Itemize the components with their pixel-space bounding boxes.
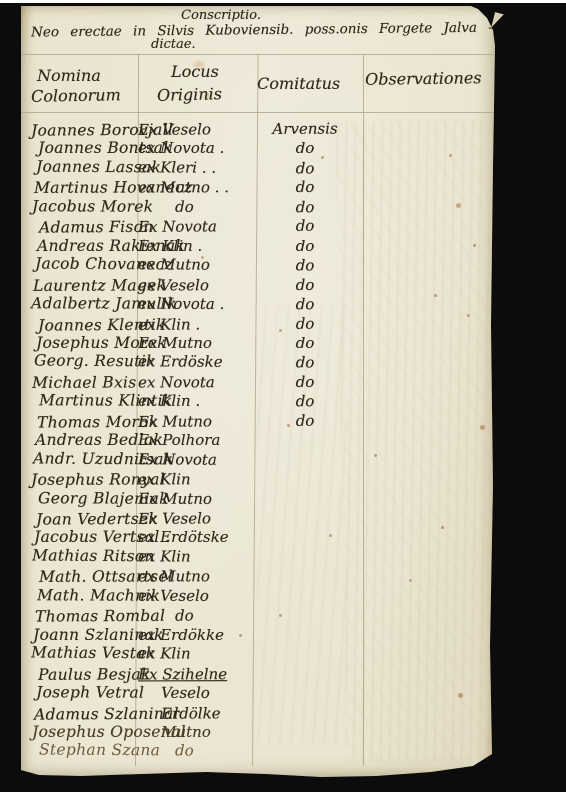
comitatus-value: do	[259, 178, 351, 196]
comitatus-value	[259, 508, 351, 509]
comitatus-value: do	[259, 411, 351, 430]
scan-bed: Conscriptio. Neo erectae in Silvis Kubov…	[0, 3, 566, 792]
comitatus-value: do	[259, 392, 351, 410]
paper-corner-flap	[491, 12, 504, 30]
origin-place: ex Klin .	[138, 315, 200, 333]
colonist-name: Jacobus Morek	[32, 197, 153, 215]
comitatus-value	[259, 606, 351, 607]
table-row: Andreas BedlakEx Polhora	[21, 431, 495, 451]
origin-place: Erdölke	[161, 704, 221, 722]
origin-place: ex Mutno	[138, 255, 210, 274]
table-row: Martinus Hovaneczex Mutno . .do	[21, 178, 495, 200]
table-row: Adamus FisonEx Novotado	[21, 216, 495, 239]
comitatus-value: do	[259, 237, 351, 255]
comitatus-value: do	[259, 314, 351, 333]
origin-place: ex Kleri . .	[138, 158, 216, 177]
table-row: Stephan Szanado	[21, 741, 495, 764]
origin-place: ex Novota	[138, 373, 215, 391]
table-row: Jacob Chovaneczex Mutnodo	[21, 254, 495, 277]
table-row: Math. Ottsartselex Mutno	[21, 567, 495, 589]
origin-place: ex Klin .	[138, 392, 200, 410]
colonist-name: Adamus Szlaninal	[34, 704, 179, 723]
comitatus-value: do	[259, 256, 351, 275]
table-row: Andreas RakienakEx Klin .do	[21, 237, 495, 257]
origin-place: Ex Veselo	[138, 120, 211, 139]
origin-place: ex Erdötske	[138, 528, 229, 546]
comitatus-value: do	[259, 159, 351, 178]
origin-place: ex Novota .	[138, 139, 224, 157]
origin-place: ex Erdöske	[138, 353, 223, 372]
table-row: Joann Szlaninakex Erdökke	[21, 626, 495, 646]
comitatus-value: do	[259, 295, 351, 313]
comitatus-value	[259, 548, 351, 549]
table-row: Josephus Ronyalex Klin	[21, 469, 495, 491]
origin-place: Ex Novota	[138, 450, 217, 469]
table-row: Joannes Klentikex Klin .do	[21, 313, 495, 336]
table-row: Thomas Rombaldo	[21, 605, 495, 628]
colonist-name: Joseph Vetral	[36, 683, 144, 701]
colonist-name: Mathias Vestak	[31, 644, 155, 663]
origin-place: do	[175, 742, 194, 760]
origin-place: ex Erdökke	[138, 626, 224, 644]
comitatus-value: do	[259, 139, 351, 157]
manuscript-page: Conscriptio. Neo erectae in Silvis Kubov…	[21, 6, 495, 778]
comitatus-value	[259, 703, 351, 704]
origin-place: ex Mutno . .	[138, 178, 229, 196]
comitatus-value: do	[259, 373, 351, 391]
colonist-name: Mathias Ritson	[32, 546, 155, 565]
comitatus-value: do	[259, 217, 351, 236]
table-row: Laurentz Magekex Veselodo	[21, 275, 495, 297]
comitatus-value	[259, 645, 351, 646]
origin-place: ex Klin	[138, 470, 191, 488]
table-row: Paulus BesjakEx Szihelne	[21, 664, 495, 686]
colonist-name: Adamus Fison	[39, 218, 154, 237]
origin-place: Ex Novota	[138, 218, 217, 237]
table-row: Adamus SzlaninalErdölke	[21, 702, 495, 725]
table-row: Mathias Vestakex Klin	[21, 643, 495, 666]
origin-place: ex Veselo	[138, 586, 209, 604]
colonist-table: Joannes BorovjallEx VeseloArvensisJoanne…	[21, 6, 495, 778]
comitatus-value: Arvensis	[259, 119, 351, 138]
table-row: Joan VedertsekEx Veselo	[21, 507, 495, 530]
origin-place: do	[175, 198, 194, 216]
comitatus-value: do	[259, 275, 351, 293]
table-row: Adalbertz Jamulikex Novota .do	[21, 294, 495, 316]
comitatus-value: do	[259, 334, 351, 352]
origin-place: Ex Polhora	[138, 431, 220, 449]
colonist-name: Paulus Besjak	[38, 665, 151, 683]
origin-place: ex Veselo	[138, 276, 209, 294]
comitatus-value	[259, 451, 351, 452]
origin-place: Veselo	[161, 684, 210, 702]
comitatus-value: do	[259, 198, 351, 216]
table-row: Joannes Bontsakex Novota .do	[21, 139, 495, 159]
origin-place: ex Klin	[138, 547, 191, 565]
colonist-name: Michael Bxis	[32, 373, 136, 391]
origin-place: ex Mutno	[138, 568, 210, 586]
origin-place: Mutno	[161, 723, 211, 741]
origin-place: Ex Mutno	[138, 489, 212, 507]
table-row: Thomas MorokEx Mutnodo	[21, 410, 495, 433]
table-row: Joannes BorovjallEx VeseloArvensis	[21, 118, 495, 141]
comitatus-value: do	[259, 353, 351, 372]
origin-place: ex Klin	[138, 644, 191, 662]
comitatus-value	[259, 742, 351, 743]
origin-place: Ex Veselo	[138, 509, 211, 528]
origin-place: Ex Klin .	[138, 237, 202, 255]
origin-place: Ex Mutno	[138, 412, 212, 431]
origin-place: do	[175, 607, 194, 625]
origin-place: Ex Mutno	[138, 334, 212, 352]
table-row: Jacobus Vertsal .ex Erdötske	[21, 528, 495, 548]
origin-place: ex Novota .	[138, 295, 224, 313]
colonist-name: Thomas Rombal	[35, 607, 165, 626]
table-row: Joseph VetralVeselo	[21, 683, 495, 705]
colonist-name: Stephan Szana	[39, 741, 160, 760]
origin-place: Ex Szihelne	[138, 665, 227, 683]
